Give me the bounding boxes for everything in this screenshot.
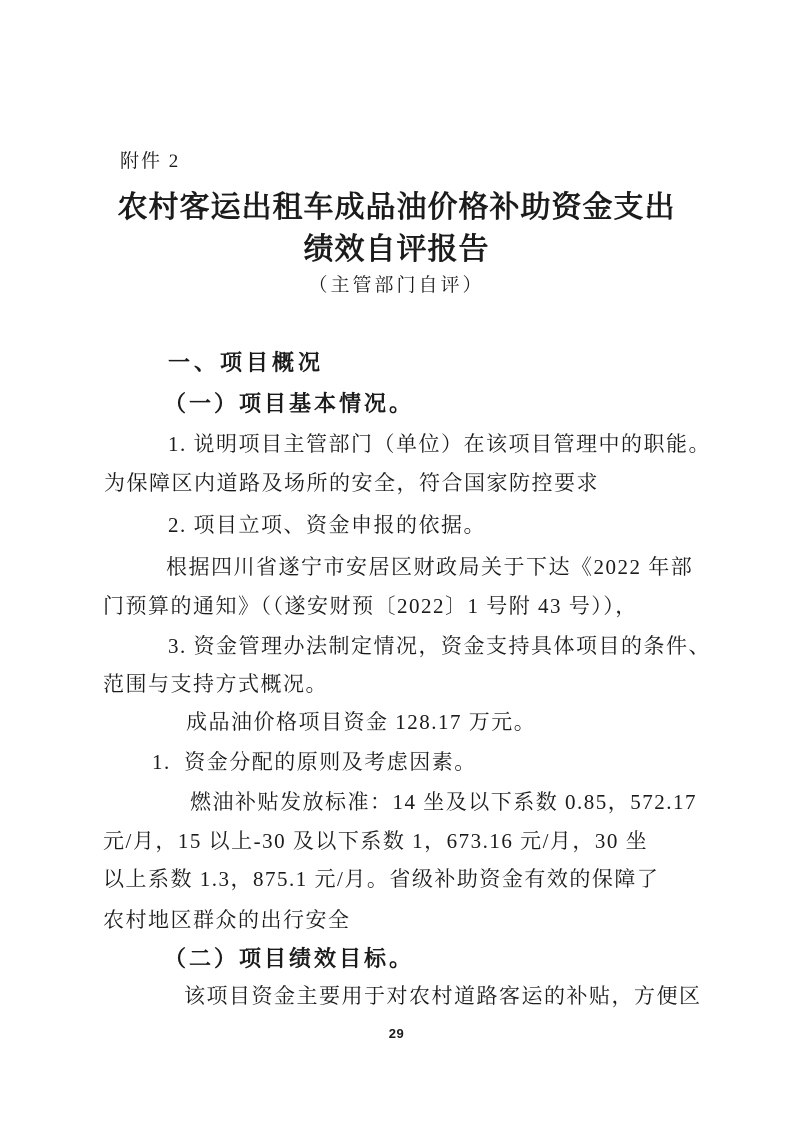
- body-line: 门预算的通知》（（遂安财预〔2022〕1 号附 43 号）），: [103, 591, 638, 621]
- document-subtitle: （主管部门自评）: [0, 270, 793, 297]
- body-line: 燃油补贴发放标准：14 坐及以下系数 0.85，572.17: [190, 787, 697, 817]
- body-line: 范围与支持方式概况。: [103, 669, 328, 699]
- document-title-line1: 农村客运出租车成品油价格补助资金支出: [0, 182, 793, 226]
- body-line: 元/月，15 以上-30 及以下系数 1，673.16 元/月，30 坐: [103, 826, 648, 856]
- body-line: 3. 资金管理办法制定情况，资金支持具体项目的条件、: [168, 631, 711, 661]
- body-line: 成品油价格项目资金 128.17 万元。: [186, 707, 536, 737]
- subsection-heading-basic-situation: （一）项目基本情况。: [164, 389, 414, 419]
- attachment-label: 附件 2: [120, 146, 180, 173]
- body-line: 根据四川省遂宁市安居区财政局关于下达《2022 年部: [166, 552, 693, 582]
- page-number: 29: [0, 1026, 793, 1041]
- body-line: 1. 资金分配的原则及考虑因素。: [152, 747, 477, 777]
- body-line: 1. 说明项目主管部门（单位）在该项目管理中的职能。: [168, 429, 711, 459]
- body-line: 2. 项目立项、资金申报的依据。: [168, 510, 486, 540]
- body-line: 农村地区群众的出行安全: [103, 905, 351, 935]
- body-line: 以上系数 1.3，875.1 元/月。省级补助资金有效的保障了: [103, 864, 659, 894]
- section-heading-project-overview: 一、项目概况: [168, 348, 324, 378]
- document-page: 附件 2 农村客运出租车成品油价格补助资金支出 绩效自评报告 （主管部门自评） …: [0, 0, 793, 1122]
- subsection-heading-performance-goal: （二）项目绩效目标。: [164, 944, 414, 974]
- body-line: 为保障区内道路及场所的安全，符合国家防控要求: [104, 468, 599, 498]
- body-line: 该项目资金主要用于对农村道路客运的补贴，方便区: [184, 981, 702, 1011]
- document-title-line2: 绩效自评报告: [0, 224, 793, 268]
